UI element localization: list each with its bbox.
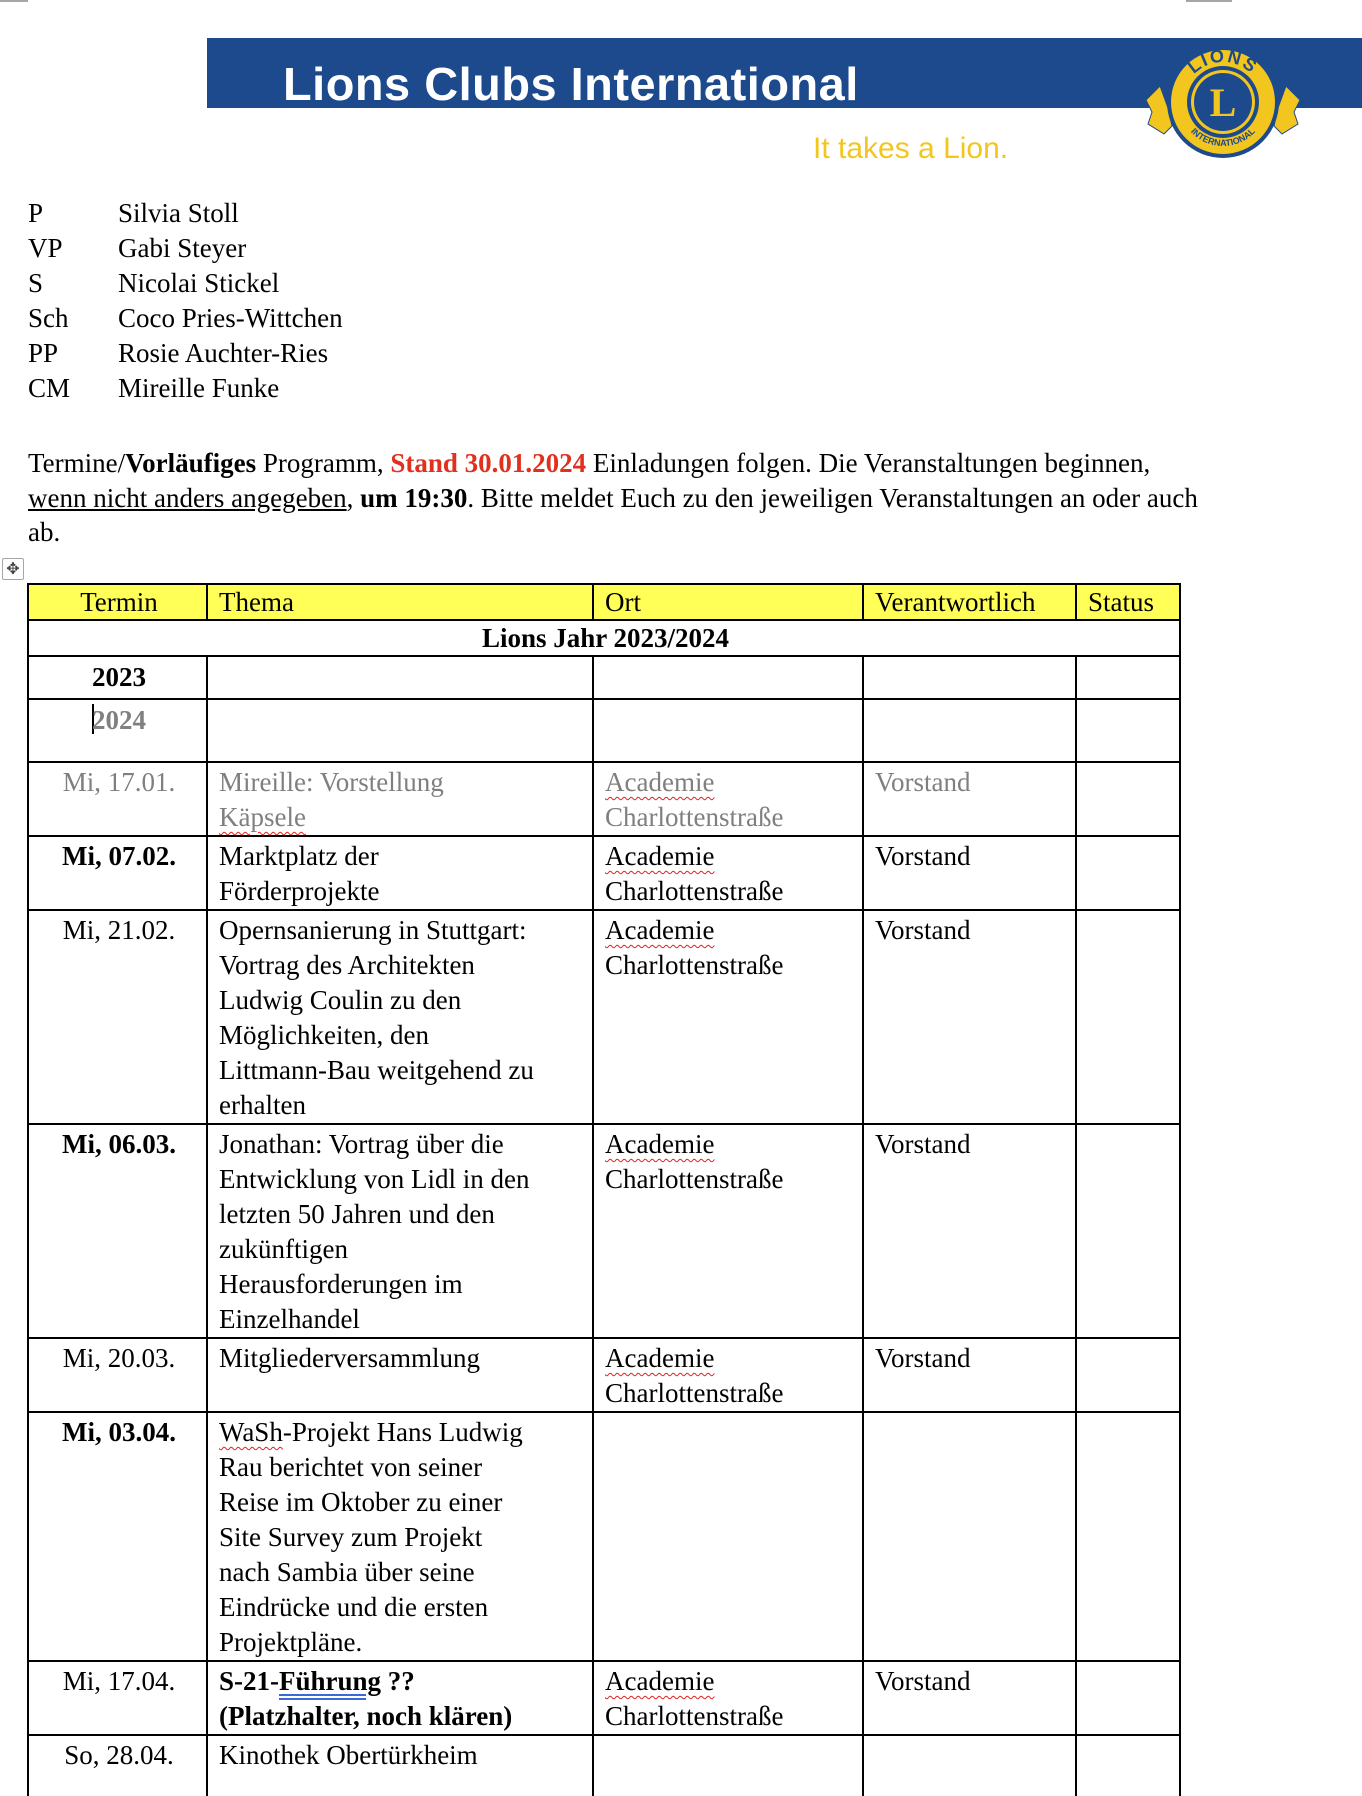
lions-logo-icon: LIONS INTERNATIONAL L (1138, 38, 1308, 162)
intro-preliminary: Vorläufiges (125, 448, 256, 478)
column-header-verantwortlich: Verantwortlich (863, 584, 1076, 620)
cell-termin[interactable]: So, 28.04. (28, 1735, 207, 1796)
cell-line: erhalten (219, 1088, 584, 1123)
spellcheck-flagged-word: Academie (605, 767, 714, 797)
cell-line: Charlottenstraße (605, 1376, 854, 1411)
officer-row: SNicolai Stickel (28, 266, 343, 301)
cell-termin[interactable]: Mi, 21.02. (28, 910, 207, 1124)
officer-name: Mireille Funke (118, 371, 279, 406)
column-header-termin: Termin (28, 584, 207, 620)
cell-line: Mireille: Vorstellung (219, 765, 584, 800)
cell-ort[interactable] (593, 1412, 863, 1661)
cell-line: Academie (605, 913, 854, 948)
table-row: Mi, 21.02.Opernsanierung in Stuttgart:Vo… (28, 910, 1180, 1124)
cell-verantwortlich[interactable]: Vorstand (863, 1338, 1076, 1412)
officer-role: Sch (28, 301, 118, 336)
cell-thema[interactable]: Jonathan: Vortrag über dieEntwicklung vo… (207, 1124, 593, 1338)
table-cell[interactable] (863, 656, 1076, 699)
intro-text: , (347, 483, 361, 513)
cell-line: (Platzhalter, noch klären) (219, 1699, 584, 1734)
intro-text: Programm, (256, 448, 390, 478)
column-header-thema: Thema (207, 584, 593, 620)
intro-text: Termine/ (28, 448, 125, 478)
cell-line: Charlottenstraße (605, 948, 854, 983)
officer-name: Nicolai Stickel (118, 266, 279, 301)
status-date: Stand 30.01.2024 (390, 448, 586, 478)
page-crop-mark-right (1186, 0, 1232, 2)
cell-line: Charlottenstraße (605, 1162, 854, 1197)
cell-line: Charlottenstraße (605, 800, 854, 835)
spellcheck-flagged-word: Academie (605, 915, 714, 945)
officer-role: VP (28, 231, 118, 266)
intro-paragraph: Termine/Vorläufiges Programm, Stand 30.0… (28, 446, 1208, 550)
cell-verantwortlich[interactable]: Vorstand (863, 1661, 1076, 1735)
cell-ort[interactable]: AcademieCharlottenstraße (593, 1338, 863, 1412)
cell-status[interactable] (1076, 1338, 1180, 1412)
table-cell[interactable] (1076, 656, 1180, 699)
cell-line: nach Sambia über seine (219, 1555, 584, 1590)
cell-line: Entwicklung von Lidl in den (219, 1162, 584, 1197)
officer-role: PP (28, 336, 118, 371)
officer-name: Coco Pries-Wittchen (118, 301, 343, 336)
cell-line: Jonathan: Vortrag über die (219, 1127, 584, 1162)
officer-name: Rosie Auchter-Ries (118, 336, 328, 371)
table-row: Mi, 06.03.Jonathan: Vortrag über dieEntw… (28, 1124, 1180, 1338)
cell-status[interactable] (1076, 762, 1180, 836)
table-row: Mi, 03.04.WaSh-Projekt Hans LudwigRau be… (28, 1412, 1180, 1661)
intro-underlined: wenn nicht anders angegeben (28, 483, 347, 513)
cell-line: Charlottenstraße (605, 1699, 854, 1734)
cell-line: Academie (605, 1127, 854, 1162)
cell-line: Kinothek Obertürkheim (219, 1738, 584, 1773)
year-row: 2024 (28, 699, 1180, 762)
page-crop-mark-left (0, 0, 28, 2)
table-row: So, 28.04.Kinothek Obertürkheim (28, 1735, 1180, 1796)
table-row: Mi, 17.01.Mireille: VorstellungKäpseleAc… (28, 762, 1180, 836)
cell-line: WaSh-Projekt Hans Ludwig (219, 1415, 584, 1450)
cell-line: S-21-Führung ?? (219, 1664, 584, 1699)
spellcheck-flagged-word: Academie (605, 1666, 714, 1696)
cell-ort[interactable] (593, 1735, 863, 1796)
cell-line: Herausforderungen im (219, 1267, 584, 1302)
spellcheck-flagged-word: Käpsele (219, 802, 306, 832)
cell-line: Einzelhandel (219, 1302, 584, 1337)
officer-role: P (28, 196, 118, 231)
table-header-row: Termin Thema Ort Verantwortlich Status (28, 584, 1180, 620)
tagline: It takes a Lion. (813, 132, 1008, 166)
cell-verantwortlich[interactable]: Vorstand (863, 836, 1076, 910)
cell-line: Academie (605, 1664, 854, 1699)
cell-verantwortlich[interactable] (863, 1412, 1076, 1661)
cell-verantwortlich[interactable] (863, 1735, 1076, 1796)
cell-termin[interactable]: Mi, 07.02. (28, 836, 207, 910)
cell-line: Vortrag des Architekten (219, 948, 584, 983)
schedule-table: Termin Thema Ort Verantwortlich Status L… (27, 583, 1181, 1796)
cell-thema[interactable]: Mireille: VorstellungKäpsele (207, 762, 593, 836)
cell-termin[interactable]: Mi, 06.03. (28, 1124, 207, 1338)
table-row: Mi, 20.03.MitgliederversammlungAcademieC… (28, 1338, 1180, 1412)
column-header-ort: Ort (593, 584, 863, 620)
spellcheck-flagged-word: WaSh (219, 1417, 283, 1447)
table-cell[interactable] (593, 656, 863, 699)
year-row: 2023 (28, 656, 1180, 699)
cell-line: Academie (605, 765, 854, 800)
cell-line: Site Survey zum Projekt (219, 1520, 584, 1555)
officer-row: PPRosie Auchter-Ries (28, 336, 343, 371)
cell-line: Reise im Oktober zu einer (219, 1485, 584, 1520)
cell-verantwortlich[interactable]: Vorstand (863, 1124, 1076, 1338)
year-label-cell[interactable]: 2024 (28, 699, 207, 762)
table-cell[interactable] (207, 656, 593, 699)
spellcheck-flagged-word: Academie (605, 841, 714, 871)
cell-line: Littmann-Bau weitgehend zu (219, 1053, 584, 1088)
cell-thema[interactable]: Marktplatz derFörderprojekte (207, 836, 593, 910)
cell-line: Charlottenstraße (605, 874, 854, 909)
svg-text:L: L (1210, 80, 1237, 125)
spellcheck-flagged-word: Academie (605, 1129, 714, 1159)
table-row: Mi, 17.04.S-21-Führung ??(Platzhalter, n… (28, 1661, 1180, 1735)
intro-start-time: um 19:30 (360, 483, 467, 513)
grammar-flagged-text: Führung (279, 1666, 381, 1696)
cell-termin[interactable]: Mi, 20.03. (28, 1338, 207, 1412)
table-cell[interactable] (1076, 699, 1180, 762)
cell-line: Rau berichtet von seiner (219, 1450, 584, 1485)
spellcheck-flagged-word: Academie (605, 1343, 714, 1373)
year-label: 2024 (92, 705, 146, 735)
table-cell[interactable] (863, 699, 1076, 762)
column-header-status: Status (1076, 584, 1180, 620)
cell-verantwortlich[interactable]: Vorstand (863, 762, 1076, 836)
year-label[interactable]: 2023 (28, 656, 207, 699)
cell-thema[interactable]: Mitgliederversammlung (207, 1338, 593, 1412)
section-title-row: Lions Jahr 2023/2024 (28, 620, 1180, 656)
cell-line: zukünftigen (219, 1232, 584, 1267)
officer-row: CMMireille Funke (28, 371, 343, 406)
cell-ort[interactable]: AcademieCharlottenstraße (593, 836, 863, 910)
cell-thema[interactable]: Opernsanierung in Stuttgart:Vortrag des … (207, 910, 593, 1124)
officer-name: Gabi Steyer (118, 231, 246, 266)
intro-text: Einladungen folgen. Die Veranstaltungen … (586, 448, 1150, 478)
officer-row: PSilvia Stoll (28, 196, 343, 231)
cell-line: Academie (605, 1341, 854, 1376)
cell-status[interactable] (1076, 836, 1180, 910)
officer-role: S (28, 266, 118, 301)
cell-termin[interactable]: Mi, 03.04. (28, 1412, 207, 1661)
officer-name: Silvia Stoll (118, 196, 239, 231)
officer-row: SchCoco Pries-Wittchen (28, 301, 343, 336)
cell-line: Academie (605, 839, 854, 874)
cell-line: Projektpläne. (219, 1625, 584, 1660)
cell-status[interactable] (1076, 1661, 1180, 1735)
cell-line: Förderprojekte (219, 874, 584, 909)
cell-ort[interactable]: AcademieCharlottenstraße (593, 1661, 863, 1735)
cell-line: Käpsele (219, 800, 584, 835)
cell-ort[interactable]: AcademieCharlottenstraße (593, 910, 863, 1124)
table-row: Mi, 07.02.Marktplatz derFörderprojekteAc… (28, 836, 1180, 910)
cell-status[interactable] (1076, 1412, 1180, 1661)
cell-termin[interactable]: Mi, 17.01. (28, 762, 207, 836)
table-cell[interactable] (593, 699, 863, 762)
cell-line: letzten 50 Jahren und den (219, 1197, 584, 1232)
table-move-handle-icon[interactable]: ✥ (2, 558, 24, 580)
cell-status[interactable] (1076, 1124, 1180, 1338)
cell-termin[interactable]: Mi, 17.04. (28, 1661, 207, 1735)
section-title: Lions Jahr 2023/2024 (28, 620, 1180, 656)
officer-list: PSilvia StollVPGabi SteyerSNicolai Stick… (28, 196, 343, 406)
cell-ort[interactable]: AcademieCharlottenstraße (593, 762, 863, 836)
cell-ort[interactable]: AcademieCharlottenstraße (593, 1124, 863, 1338)
officer-row: VPGabi Steyer (28, 231, 343, 266)
cell-line: Möglichkeiten, den (219, 1018, 584, 1053)
banner-title: Lions Clubs International (283, 58, 859, 108)
cell-line: Ludwig Coulin zu den (219, 983, 584, 1018)
cell-thema[interactable]: WaSh-Projekt Hans LudwigRau berichtet vo… (207, 1412, 593, 1661)
cell-line: Opernsanierung in Stuttgart: (219, 913, 584, 948)
cell-status[interactable] (1076, 1735, 1180, 1796)
table-cell[interactable] (207, 699, 593, 762)
cell-thema[interactable]: S-21-Führung ??(Platzhalter, noch klären… (207, 1661, 593, 1735)
cell-thema[interactable]: Kinothek Obertürkheim (207, 1735, 593, 1796)
cell-line: Eindrücke und die ersten (219, 1590, 584, 1625)
cell-status[interactable] (1076, 910, 1180, 1124)
cell-line: Mitgliederversammlung (219, 1341, 584, 1376)
officer-role: CM (28, 371, 118, 406)
cell-verantwortlich[interactable]: Vorstand (863, 910, 1076, 1124)
cell-line: Marktplatz der (219, 839, 584, 874)
